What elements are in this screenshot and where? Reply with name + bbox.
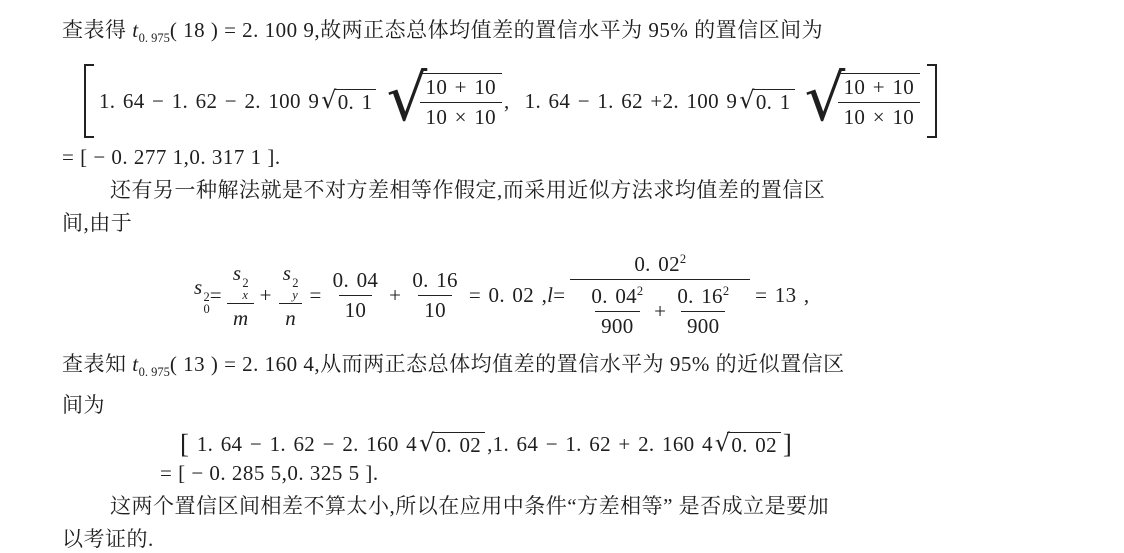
right-square-bracket (927, 64, 937, 138)
para2-line1-text: 还有另一种解法就是不对方差相等作假定,而采用近似方法求均值差的置信区 (110, 178, 825, 202)
sqrt-fraction: √10 + 1010 × 10 (386, 73, 502, 130)
big-fraction-l: 0. 022 0. 042900 + 0. 162900 (570, 251, 750, 339)
superscript-2: 2 (723, 284, 729, 298)
formula-1-result: = [ − 0. 277 1,0. 317 1 ]. (62, 141, 1084, 174)
paragraph-4-line-2: 以考证的. (62, 523, 1084, 553)
f1-sqrt-value: 0. 1 (752, 89, 795, 114)
paragraph-3-line-2: 间为 (62, 389, 1084, 422)
sy-subscript: y (292, 289, 298, 301)
paragraph-3-line-1: 查表知 t0. 975( 13 ) = 2. 160 4,从而两正态总体均值差的… (62, 348, 1084, 389)
fraction-denominator: 10 (418, 295, 452, 323)
formula-confidence-interval-1: 1. 64 − 1. 62 − 2. 100 9 √0. 1 √10 + 101… (84, 63, 1084, 139)
f3-result-text: = [ − 0. 285 5,0. 325 5 ]. (160, 461, 379, 485)
fraction-denominator: 10 × 10 (420, 102, 502, 130)
sx-scripts: 2x (242, 277, 248, 301)
fraction-0042-over-900: 0. 042900 (585, 283, 649, 339)
left-square-bracket: [ (180, 434, 189, 454)
paragraph-1: 查表得 t0. 975( 18 ) = 2. 100 9,故两正态总体均值差的置… (62, 14, 1084, 55)
fraction-numerator: 0. 042 (585, 283, 649, 311)
paragraph-2-line-1: 还有另一种解法就是不对方差相等作假定,而采用近似方法求均值差的置信区 (62, 174, 1084, 207)
fraction-10-plus-10-over-10-times-10: 10 + 1010 × 10 (838, 75, 920, 130)
para3-line2-text: 间为 (62, 393, 105, 417)
equals-13-comma: = 13 , (755, 283, 809, 308)
f1-comma: , (504, 89, 525, 114)
sqrt-0-1: √0. 1 (321, 89, 376, 114)
t-subscript: 0. 975 (139, 31, 170, 45)
fraction-numerator: s2y (277, 260, 305, 303)
para1-rest: ( 18 ) = 2. 100 9,故两正态总体均值差的置信水平为 95% 的置… (170, 18, 823, 42)
fraction-numerator: 10 + 10 (420, 75, 502, 102)
equals-sign: = (553, 283, 565, 308)
paragraph-2-line-2: 间,由于 (62, 207, 1084, 240)
para4-line2-text: 以考证的. (62, 527, 154, 551)
fraction-016-over-10: 0. 1610 (406, 267, 464, 323)
f1-result-text: = [ − 0. 277 1,0. 317 1 ]. (62, 145, 281, 169)
fraction-004-over-10: 0. 0410 (327, 267, 385, 323)
big-fraction-numerator: 0. 022 (628, 251, 692, 279)
equals-sign: = (210, 283, 222, 308)
f1-left-terms: 1. 64 − 1. 62 − 2. 100 9 (99, 89, 319, 114)
para4-line1-text: 这两个置信区间相差不算太小,所以在应用中条件“方差相等” 是否成立是要加 (110, 494, 829, 518)
s-variable: s (194, 275, 202, 299)
fraction-numerator: 0. 16 (406, 267, 464, 295)
plus-sign: + (260, 283, 272, 308)
formula-s0-squared-and-l: s20 = s2xm + s2yn = 0. 0410 + 0. 1610 = … (194, 246, 1084, 344)
formula-confidence-interval-2: [ 1. 64 − 1. 62 − 2. 160 4 √0. 02 , 1. 6… (180, 432, 1084, 457)
s0-squared-variable: s20 (194, 275, 210, 315)
plus-sign: + (389, 283, 401, 308)
fraction-denominator: 900 (681, 311, 725, 339)
right-square-bracket: ] (783, 434, 792, 454)
para3-rest: ( 13 ) = 2. 160 4,从而两正态总体均值差的置信水平为 95% 的… (170, 352, 845, 376)
m-variable: m (227, 303, 254, 331)
sqrt-fraction: √10 + 1010 × 10 (805, 73, 921, 130)
sqrt-0-02: √0. 02 (715, 432, 781, 457)
sy-scripts: 2y (292, 277, 298, 301)
s-variable: s (283, 261, 291, 285)
sqrt-0-1: √0. 1 (739, 89, 794, 114)
f1-right-terms: 1. 64 − 1. 62 +2. 100 9 (525, 89, 738, 114)
fraction-numerator: s2x (227, 260, 255, 303)
f3-left-terms: 1. 64 − 1. 62 − 2. 160 4 (189, 432, 417, 457)
big-fraction-denominator: 0. 042900 + 0. 162900 (570, 279, 750, 339)
value-002: 0. 02 (634, 252, 680, 276)
sx-superscript: 2 (242, 277, 248, 289)
left-square-bracket (84, 64, 94, 138)
para1-prefix: 查表得 (62, 18, 132, 42)
equals-sign: = (310, 283, 322, 308)
sqrt-0-02: √0. 02 (419, 432, 485, 457)
paragraph-4-line-1: 这两个置信区间相差不算太小,所以在应用中条件“方差相等” 是否成立是要加 (62, 490, 1084, 523)
fraction-numerator: 0. 162 (671, 283, 735, 311)
t-subscript: 0. 975 (139, 365, 170, 379)
superscript-2: 2 (637, 284, 643, 298)
textbook-page: 查表得 t0. 975( 18 ) = 2. 100 9,故两正态总体均值差的置… (0, 0, 1124, 553)
fraction-0162-over-900: 0. 162900 (671, 283, 735, 339)
n-variable: n (279, 303, 302, 331)
fraction-10-plus-10-over-10-times-10: 10 + 1010 × 10 (420, 75, 502, 130)
equals-002-comma: = 0. 02 , (469, 283, 547, 308)
formula-3-result: = [ − 0. 285 5,0. 325 5 ]. (160, 457, 1084, 490)
f3-right-terms: 1. 64 − 1. 62 + 2. 160 4 (493, 432, 713, 457)
superscript-2: 2 (680, 252, 686, 266)
fraction-numerator: 10 + 10 (838, 75, 920, 102)
para2-line2-text: 间,由于 (62, 211, 132, 235)
s-variable: s (233, 261, 241, 285)
sy-superscript: 2 (292, 277, 298, 289)
fraction-sx2-over-m: s2xm (227, 260, 255, 331)
f3-sqrt-value: 0. 02 (727, 432, 781, 457)
fraction-denominator: 10 × 10 (838, 102, 920, 130)
f3-sqrt-value: 0. 02 (432, 432, 486, 457)
value-004: 0. 04 (591, 284, 637, 308)
para3-prefix: 查表知 (62, 352, 132, 376)
plus-sign: + (654, 299, 666, 324)
sx-subscript: x (242, 289, 248, 301)
fraction-numerator: 0. 04 (327, 267, 385, 295)
fraction-sy2-over-n: s2yn (277, 260, 305, 331)
fraction-denominator: 900 (595, 311, 639, 339)
value-016: 0. 16 (677, 284, 723, 308)
fraction-denominator: 10 (339, 295, 373, 323)
f1-sqrt-value: 0. 1 (334, 89, 377, 114)
